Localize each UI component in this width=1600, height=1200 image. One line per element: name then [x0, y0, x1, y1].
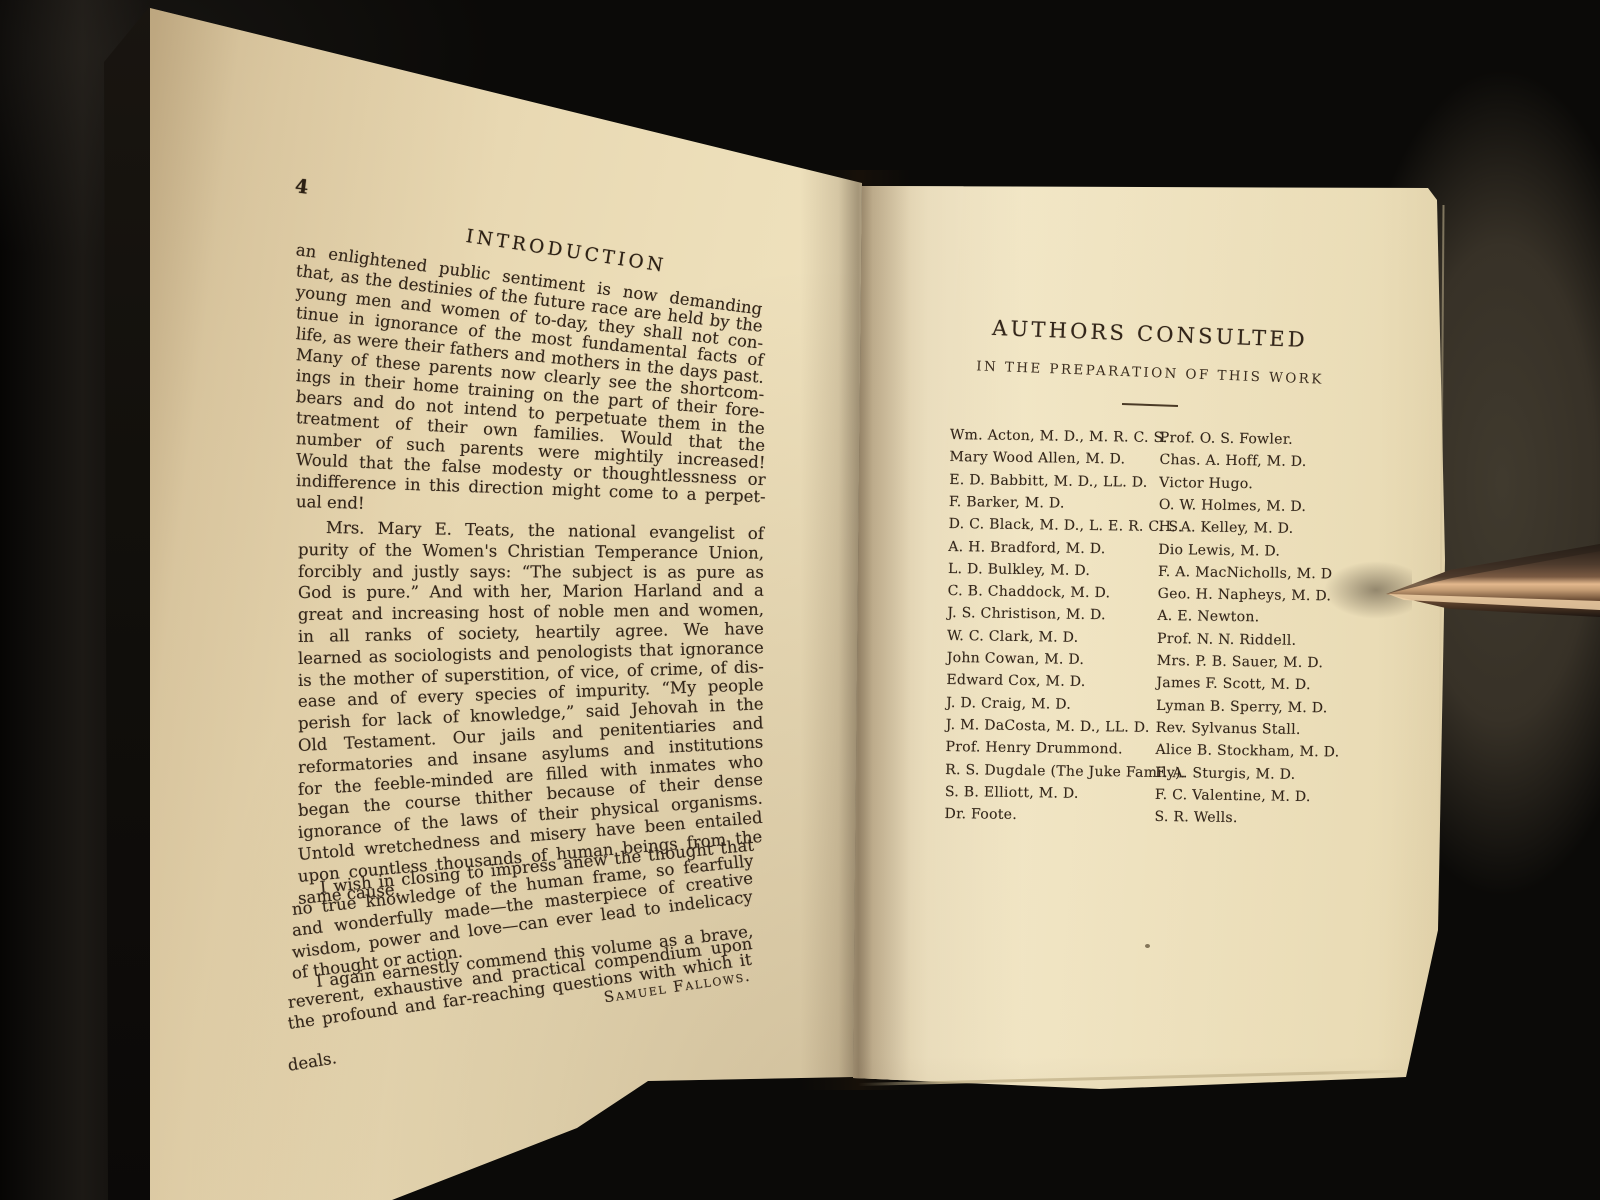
- divider-rule: [1122, 403, 1178, 407]
- author-entry: Rev. Sylvanus Stall.: [1156, 720, 1301, 738]
- word: a: [754, 581, 764, 601]
- word: Mrs.: [326, 518, 365, 539]
- word: ease: [298, 691, 337, 712]
- word: the: [385, 540, 412, 560]
- author-entry: R. S. Dugdale (The Juke Family).: [945, 761, 1186, 780]
- author-entry: F. A. MacNicholls, M. D: [1158, 564, 1333, 582]
- word: “My: [661, 678, 696, 699]
- author-entry: Victor Hugo.: [1159, 475, 1253, 492]
- word: number: [295, 429, 361, 452]
- word: said: [585, 701, 620, 722]
- author-entry: Geo. H. Napheys, M. D.: [1158, 586, 1332, 604]
- word: of: [467, 321, 485, 343]
- word: of: [375, 433, 392, 454]
- word: are: [505, 765, 534, 787]
- word: and: [372, 562, 403, 582]
- word: as: [340, 266, 361, 288]
- word: in: [339, 369, 356, 390]
- word: and: [347, 689, 379, 710]
- author-entry: W. C. Clark, M. D.: [947, 628, 1079, 646]
- word: and: [623, 738, 655, 760]
- word: national: [568, 521, 636, 542]
- word: E.: [435, 520, 453, 540]
- author-entry: Prof. Henry Drummond.: [945, 739, 1123, 757]
- word: Harland: [633, 581, 702, 601]
- author-entry: C. B. Chaddock, M. D.: [948, 583, 1111, 601]
- word: noble: [558, 602, 604, 623]
- word: is: [342, 583, 356, 603]
- author-entry: Lyman B. Sperry, M. D.: [1156, 697, 1328, 715]
- word: jails: [501, 724, 536, 746]
- word: is: [643, 562, 657, 582]
- word: and: [352, 391, 384, 413]
- word: Women's: [422, 541, 497, 562]
- author-entry: S. B. Elliott, M. D.: [945, 784, 1079, 802]
- word: of: [421, 666, 438, 686]
- word: as: [369, 647, 388, 667]
- word: and: [551, 722, 583, 743]
- word: in: [709, 696, 726, 717]
- author-entry: J. M. DaCosta, M. D., LL. D.: [946, 717, 1150, 736]
- author-entry: Alice B. Stockham, M. D.: [1155, 742, 1339, 761]
- word: evangelist: [649, 523, 735, 544]
- word: learned: [298, 647, 362, 668]
- author-entry: J. D. Craig, M. D.: [946, 695, 1071, 713]
- text-line: forciblyandjustlysays:“Thesubjectisaspur…: [298, 562, 764, 583]
- word: of: [464, 880, 482, 902]
- word: such: [406, 435, 446, 457]
- word: Teats,: [465, 520, 515, 541]
- author-entry: A. E. Newton.: [1157, 608, 1259, 625]
- blade-icon: [1340, 520, 1600, 660]
- word: of: [427, 624, 443, 644]
- word: of: [395, 414, 412, 435]
- word: have: [724, 619, 764, 640]
- word: pure.”: [366, 583, 419, 603]
- word: of: [442, 707, 459, 728]
- word: as: [332, 328, 352, 350]
- word: agree.: [615, 621, 668, 642]
- word: the: [319, 669, 347, 690]
- word: to: [527, 403, 545, 424]
- author-entry: Mrs. P. B. Sauer, M. D.: [1157, 653, 1324, 671]
- word: do: [394, 394, 416, 415]
- letter-opener-blade: [1340, 520, 1600, 660]
- word: the: [736, 694, 764, 715]
- word: as: [746, 562, 764, 582]
- word: Union,: [708, 543, 764, 563]
- word: of: [393, 815, 410, 836]
- word: forcibly: [298, 562, 362, 582]
- word: of: [626, 660, 643, 680]
- author-entry: James F. Scott, M. D.: [1156, 675, 1311, 693]
- word: and: [712, 581, 743, 601]
- word: indifference: [296, 471, 397, 494]
- word: And: [429, 583, 462, 603]
- word: and: [658, 601, 689, 621]
- word: Marion: [563, 582, 624, 602]
- word: of: [710, 658, 727, 678]
- word: ings: [295, 366, 331, 389]
- author-entry: F. A. Sturgis, M. D.: [1155, 764, 1296, 782]
- author-entry: Dio Lewis, M. D.: [1158, 541, 1280, 559]
- author-entry: Prof. O. S. Fowler.: [1160, 430, 1293, 448]
- author-entry: J. S. Christison, M. D.: [947, 605, 1106, 623]
- word: this: [429, 476, 461, 497]
- word: penologists: [537, 641, 633, 663]
- word: species: [475, 684, 537, 706]
- word: sociologists: [394, 644, 492, 666]
- word: We: [683, 620, 709, 640]
- word: God: [298, 583, 332, 603]
- word: the: [403, 455, 431, 476]
- word: that: [639, 640, 673, 661]
- word: purity: [298, 540, 348, 560]
- word: Mary: [377, 519, 421, 540]
- right-page-title: AUTHORS CONSULTED: [950, 314, 1351, 353]
- word: or: [573, 462, 592, 483]
- word: for: [361, 710, 386, 731]
- right-page-subtitle: IN THE PREPARATION OF THIS WORK: [950, 357, 1350, 388]
- word: their: [363, 371, 405, 394]
- page-number: 4: [294, 175, 310, 198]
- word: Many: [295, 345, 343, 369]
- paper-speck: [1145, 944, 1150, 948]
- word: as: [667, 562, 685, 582]
- author-entry: E. D. Babbitt, M. D., LL. D.: [949, 472, 1148, 491]
- word: every: [417, 686, 464, 708]
- book-photo: 4 INTRODUCTION anenlightenedpublicsentim…: [0, 0, 1600, 1200]
- word: laws: [460, 808, 499, 831]
- word: with: [473, 582, 510, 602]
- author-entry: Prof. N. N. Riddell.: [1157, 631, 1296, 649]
- word: vice,: [580, 661, 619, 682]
- word: pure: [696, 562, 735, 582]
- word: mother: [353, 667, 414, 689]
- word: for: [297, 778, 322, 799]
- word: the: [421, 812, 449, 834]
- word: is: [298, 670, 312, 690]
- word: and: [352, 604, 383, 624]
- word: Christian: [508, 541, 585, 562]
- word: Untold: [297, 840, 355, 864]
- word: and: [291, 918, 324, 941]
- word: and: [427, 749, 459, 771]
- word: true: [321, 893, 358, 917]
- word: began: [297, 798, 350, 821]
- word: and: [489, 827, 522, 849]
- author-entry: Dr. Foote.: [944, 806, 1017, 823]
- word: I: [319, 877, 327, 898]
- word: in: [298, 627, 314, 647]
- word: Old: [298, 735, 328, 756]
- word: no: [291, 897, 314, 919]
- word: increasing: [392, 603, 480, 624]
- word: false: [441, 456, 481, 478]
- word: says:: [470, 562, 512, 582]
- word: that: [359, 453, 394, 474]
- word: their: [427, 416, 468, 438]
- author-entry: John Cowan, M. D.: [947, 650, 1085, 668]
- word: Our: [452, 727, 485, 749]
- author-entry: O. W. Holmes, M. D.: [1159, 497, 1306, 515]
- word: the: [364, 269, 393, 292]
- author-entry: S. R. Wells.: [1154, 809, 1237, 826]
- author-entry: Edward Cox, M. D.: [946, 672, 1085, 690]
- text-line: purityoftheWomen'sChristianTemperanceUni…: [298, 540, 764, 564]
- word: the: [363, 795, 391, 817]
- author-entry: Chas. A. Hoff, M. D.: [1159, 452, 1306, 470]
- word: men: [613, 601, 649, 621]
- author-entry: F. C. Valentine, M. D.: [1155, 787, 1311, 805]
- author-entry: F. Barker, M. D.: [949, 494, 1065, 512]
- word: host: [488, 603, 524, 623]
- word: Temperance: [595, 542, 698, 563]
- word: of: [510, 806, 527, 827]
- word: justly: [414, 562, 459, 582]
- word: in: [348, 308, 366, 330]
- word: “The: [522, 562, 562, 582]
- author-entry: Wm. Acton, M. D., M. R. C. S.: [950, 427, 1168, 446]
- word: all: [329, 626, 350, 646]
- author-entry: L. D. Bulkley, M. D.: [948, 561, 1090, 579]
- word: an: [295, 240, 318, 262]
- word: perish: [298, 712, 351, 734]
- word: the: [334, 776, 362, 798]
- word: and: [498, 643, 529, 664]
- word: of: [628, 778, 645, 799]
- word: of: [557, 662, 574, 682]
- word: not: [425, 396, 454, 418]
- word: of: [350, 350, 368, 371]
- author-entry: H. A. Kelley, M. D.: [1159, 519, 1294, 537]
- word: of: [533, 602, 549, 622]
- word: of: [748, 524, 764, 544]
- word: bears: [295, 387, 343, 410]
- word: in: [404, 475, 421, 496]
- word: lack: [397, 709, 432, 730]
- word: of: [359, 540, 375, 560]
- word: of: [390, 688, 407, 709]
- word: life,: [295, 324, 328, 347]
- author-entry: D. C. Black, M. D., L. E. R. C. S.: [949, 516, 1183, 535]
- word: heartily: [535, 622, 600, 643]
- word: insane: [472, 745, 528, 768]
- word: the: [528, 521, 555, 541]
- word: great: [298, 605, 343, 625]
- word: her,: [520, 582, 552, 602]
- word: of: [548, 683, 565, 704]
- word: society,: [458, 623, 520, 644]
- word: Would: [296, 450, 349, 472]
- word: women,: [699, 600, 765, 621]
- author-entry: A. H. Bradford, M. D.: [948, 538, 1106, 556]
- word: subject: [572, 562, 632, 582]
- word: ranks: [365, 625, 412, 646]
- author-entry: Mary Wood Allen, M. D.: [949, 449, 1125, 467]
